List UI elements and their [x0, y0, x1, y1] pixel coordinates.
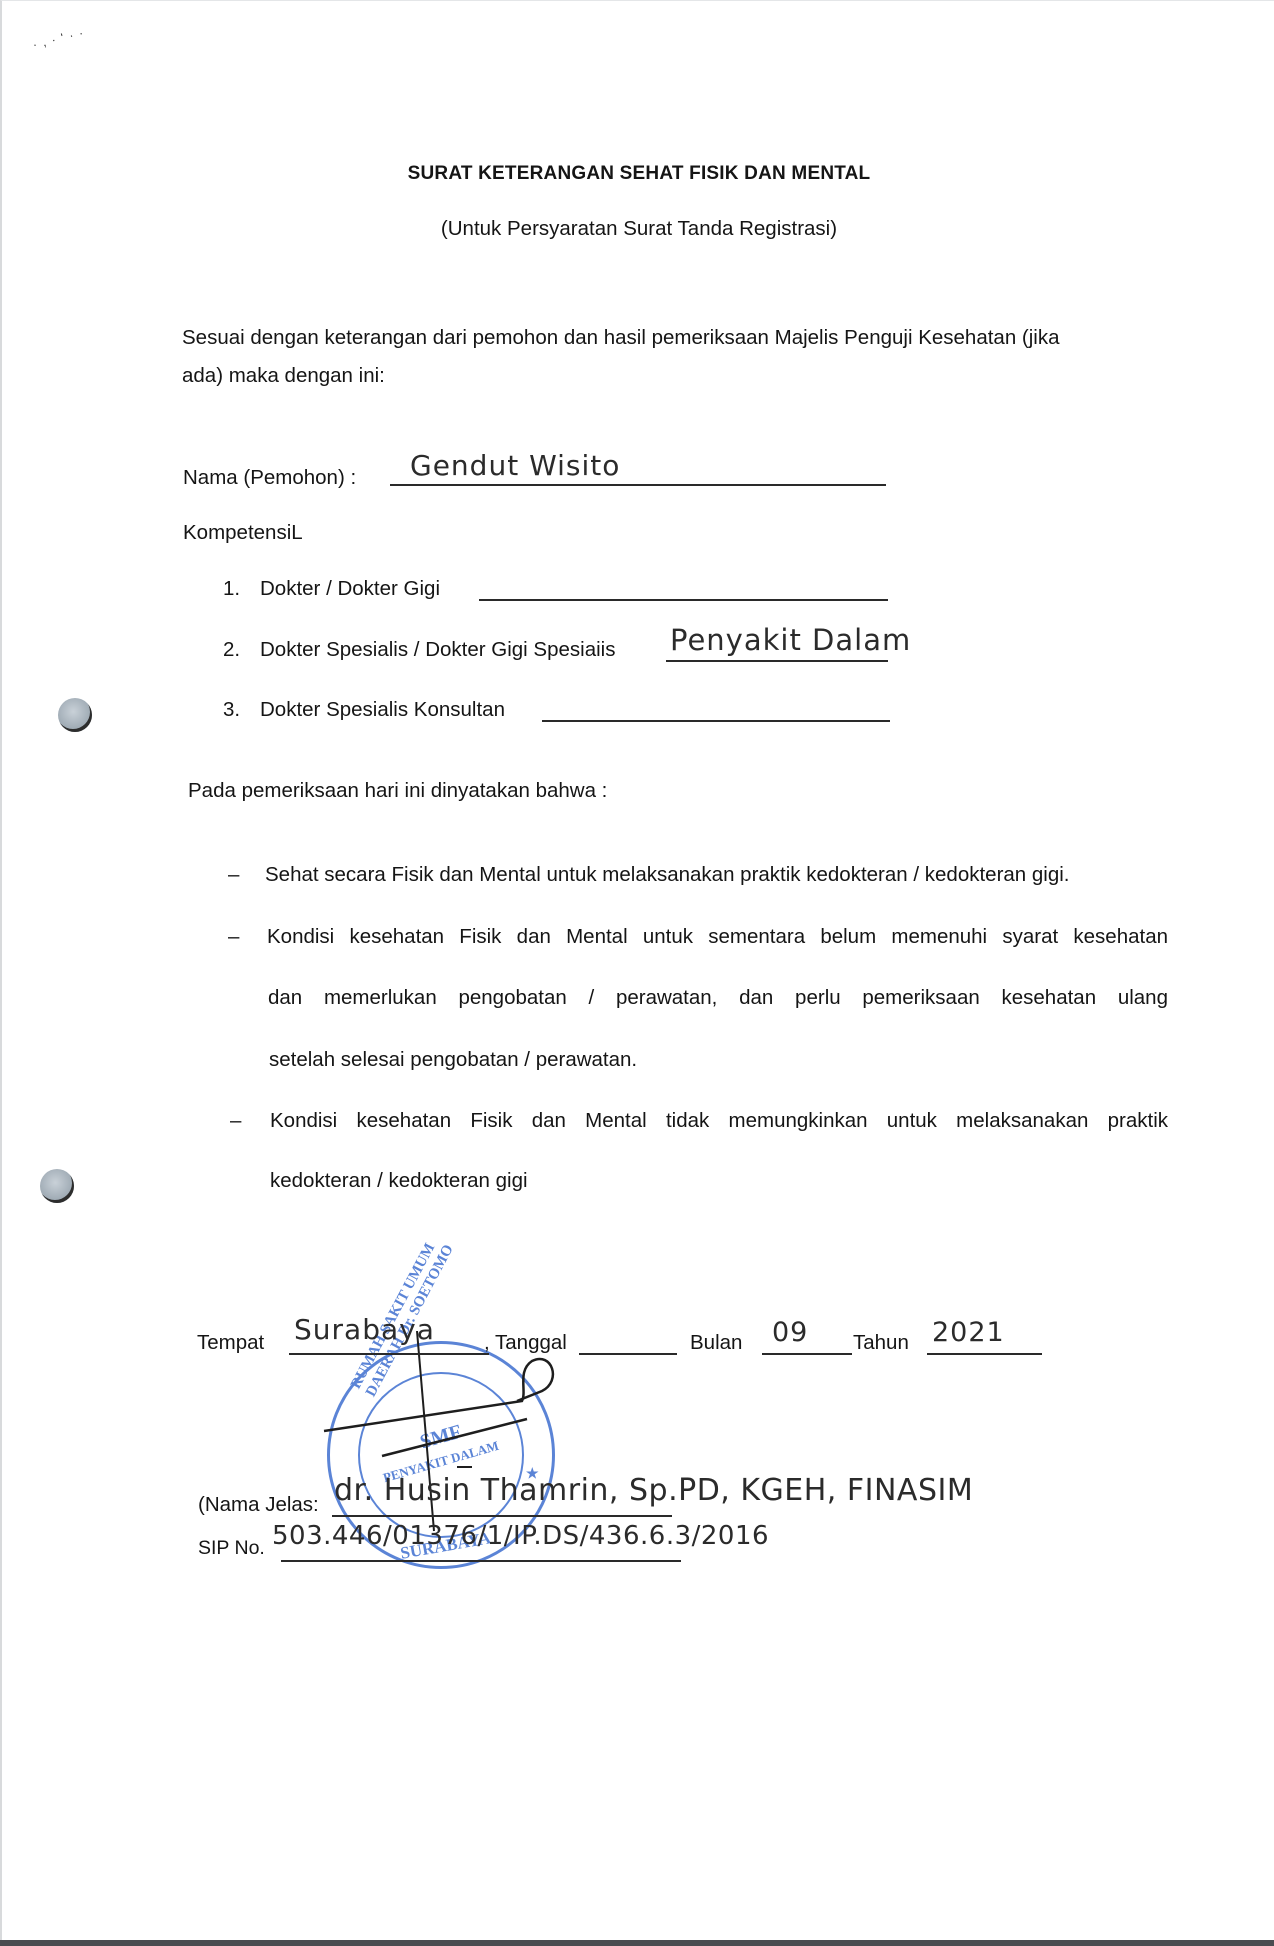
competence-label: KompetensiL — [183, 521, 303, 545]
month-label: Bulan — [690, 1331, 742, 1355]
place-label: Tempat — [197, 1331, 264, 1355]
month-field-line — [762, 1353, 852, 1355]
competence-item-1-number: 1. — [223, 577, 240, 601]
sip-field-line — [281, 1560, 681, 1562]
document-subtitle: (Untuk Persyaratan Surat Tanda Registras… — [2, 217, 1274, 241]
document-title: SURAT KETERANGAN SEHAT FISIK DAN MENTAL — [2, 163, 1274, 185]
statement-2-line-3: setelah selesai pengobatan / perawatan. — [269, 1048, 637, 1072]
sip-value[interactable]: 503.446/01376/1/IP.DS/436.6.3/2016 — [272, 1521, 769, 1551]
sip-label: SIP No. — [198, 1537, 265, 1560]
scan-bottom-edge — [0, 1940, 1274, 1946]
competence-item-2-number: 2. — [223, 638, 240, 662]
date-field[interactable] — [579, 1353, 677, 1355]
competence-item-3-field[interactable] — [542, 720, 890, 722]
signatory-name-value[interactable]: dr. Husin Thamrin, Sp.PD, KGEH, FINASIM — [334, 1473, 973, 1508]
statement-2-line-2: dan memerlukan pengobatan / perawatan, d… — [268, 986, 1168, 1010]
intro-line-2: ada) maka dengan ini: — [182, 364, 385, 388]
applicant-label: Nama (Pemohon) : — [183, 466, 356, 490]
year-value[interactable]: 2021 — [932, 1317, 1005, 1348]
place-field-line — [289, 1353, 489, 1355]
competence-item-1-field[interactable] — [479, 599, 888, 601]
statement-3-line-1: Kondisi kesehatan Fisik dan Mental tidak… — [270, 1109, 1168, 1133]
competence-item-2-field-line — [666, 660, 888, 662]
signatory-name-field-line — [332, 1515, 672, 1517]
punch-hole-bottom — [40, 1169, 74, 1203]
statement-2-bullet: – — [228, 925, 239, 949]
month-value[interactable]: 09 — [772, 1317, 808, 1348]
statement-3-bullet: – — [230, 1109, 241, 1133]
scan-specks: ·,·'·· — [31, 24, 90, 52]
statement-intro: Pada pemeriksaan hari ini dinyatakan bah… — [188, 779, 607, 803]
competence-item-3-number: 3. — [223, 698, 240, 722]
scanned-page: ·,·'·· SURAT KETERANGAN SEHAT FISIK DAN … — [0, 0, 1274, 1941]
statement-1-line-1: Sehat secara Fisik dan Mental untuk mela… — [265, 863, 1070, 887]
applicant-field-line — [390, 484, 886, 486]
competence-item-1-label: Dokter / Dokter Gigi — [260, 577, 440, 601]
competence-item-3-label: Dokter Spesialis Konsultan — [260, 698, 505, 722]
statement-2-line-1: Kondisi kesehatan Fisik dan Mental untuk… — [267, 925, 1168, 949]
year-label: Tahun — [853, 1331, 909, 1355]
signatory-name-label: (Nama Jelas: — [198, 1493, 319, 1517]
statement-1-bullet: – — [228, 863, 239, 887]
punch-hole-top — [58, 698, 92, 732]
applicant-name-value[interactable]: Gendut Wisito — [410, 449, 620, 482]
date-label: , Tanggal — [484, 1331, 567, 1355]
competence-item-2-value[interactable]: Penyakit Dalam — [670, 623, 911, 657]
competence-item-2-label: Dokter Spesialis / Dokter Gigi Spesiaiis — [260, 638, 615, 662]
year-field-line — [927, 1353, 1042, 1355]
intro-line-1: Sesuai dengan keterangan dari pemohon da… — [182, 326, 1060, 350]
place-value[interactable]: Surabaya — [294, 1313, 435, 1346]
statement-3-line-2: kedokteran / kedokteran gigi — [270, 1169, 528, 1193]
